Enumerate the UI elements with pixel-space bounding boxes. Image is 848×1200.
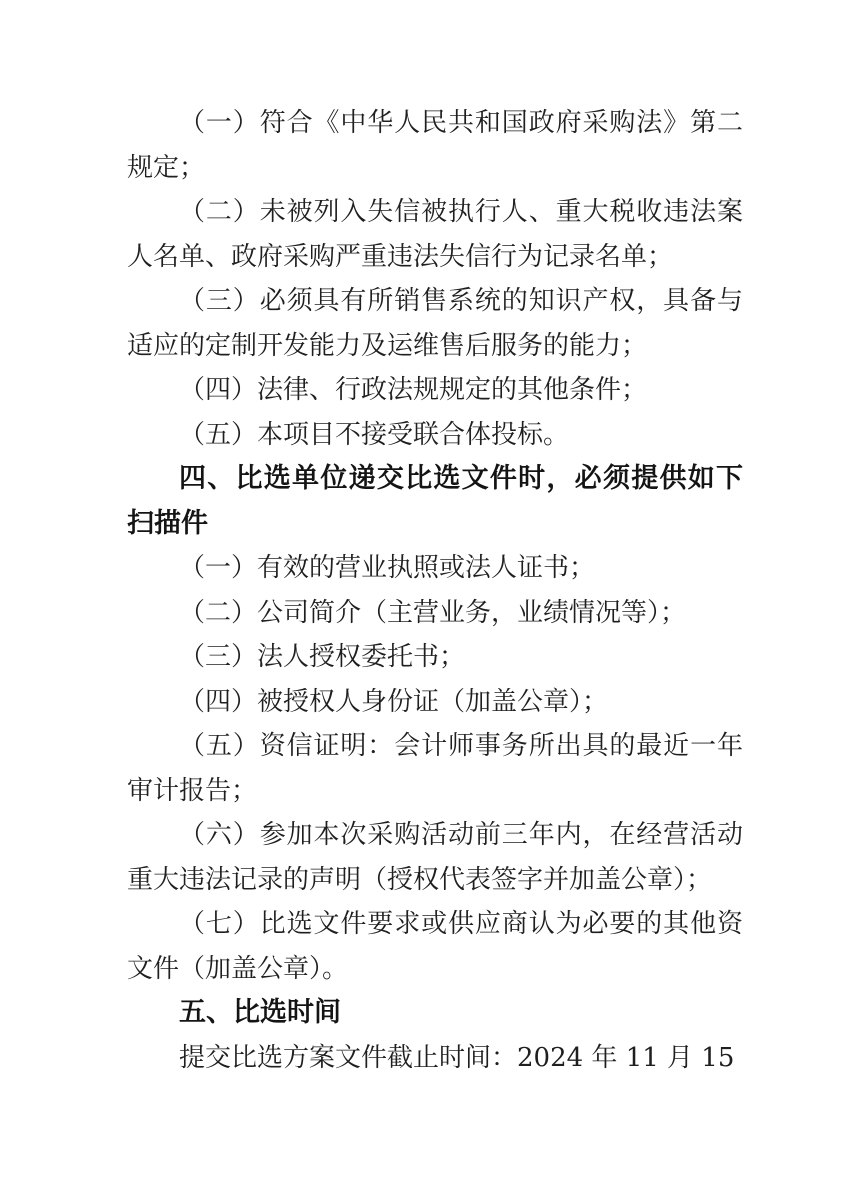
body-text-line: （七）比选文件要求或供应商认为必要的其他资格证明 (127, 902, 743, 947)
body-text-line: （三）法人授权委托书； (127, 635, 743, 680)
body-text-line: （四）法律、行政法规规定的其他条件； (127, 368, 743, 413)
section-heading-line: 四、比选单位递交比选文件时，必须提供如下证明资料 (127, 457, 743, 502)
body-text-line: （二）公司简介（主营业务，业绩情况等）； (127, 591, 743, 636)
body-text-line: 适应的定制开发能力及运维售后服务的能力； (127, 324, 743, 369)
body-text-line: （一）符合《中华人民共和国政府采购法》第二十二条 (127, 101, 743, 146)
body-text-line: 重大违法记录的声明（授权代表签字并加盖公章）； (127, 858, 743, 903)
body-text-line: （二）未被列入失信被执行人、重大税收违法案件当事 (127, 190, 743, 235)
body-text-line: 文件（加盖公章）。 (127, 947, 743, 992)
body-text-line: （三）必须具有所销售系统的知识产权，具备与系统相 (127, 279, 743, 324)
body-text-line: （一）有效的营业执照或法人证书； (127, 546, 743, 591)
body-text-line: 审计报告； (127, 769, 743, 814)
body-text-line: （五）本项目不接受联合体投标。 (127, 413, 743, 458)
body-text-line: （五）资信证明：会计师事务所出具的最近一年度财务 (127, 724, 743, 769)
document-page: （一）符合《中华人民共和国政府采购法》第二十二条规定；（二）未被列入失信被执行人… (0, 0, 848, 1200)
body-text-line: 规定； (127, 146, 743, 191)
document-text-block: （一）符合《中华人民共和国政府采购法》第二十二条规定；（二）未被列入失信被执行人… (127, 101, 743, 1080)
section-heading-line: 五、比选时间 (127, 991, 743, 1036)
section-heading-line: 扫描件 (127, 502, 743, 547)
body-text-line: （六）参加本次采购活动前三年内，在经营活动中没有 (127, 813, 743, 858)
body-text-line: 提交比选方案文件截止时间：2024 年 11 月 15 日下午 (127, 1036, 743, 1081)
body-text-line: 人名单、政府采购严重违法失信行为记录名单； (127, 235, 743, 280)
body-text-line: （四）被授权人身份证（加盖公章）； (127, 680, 743, 725)
